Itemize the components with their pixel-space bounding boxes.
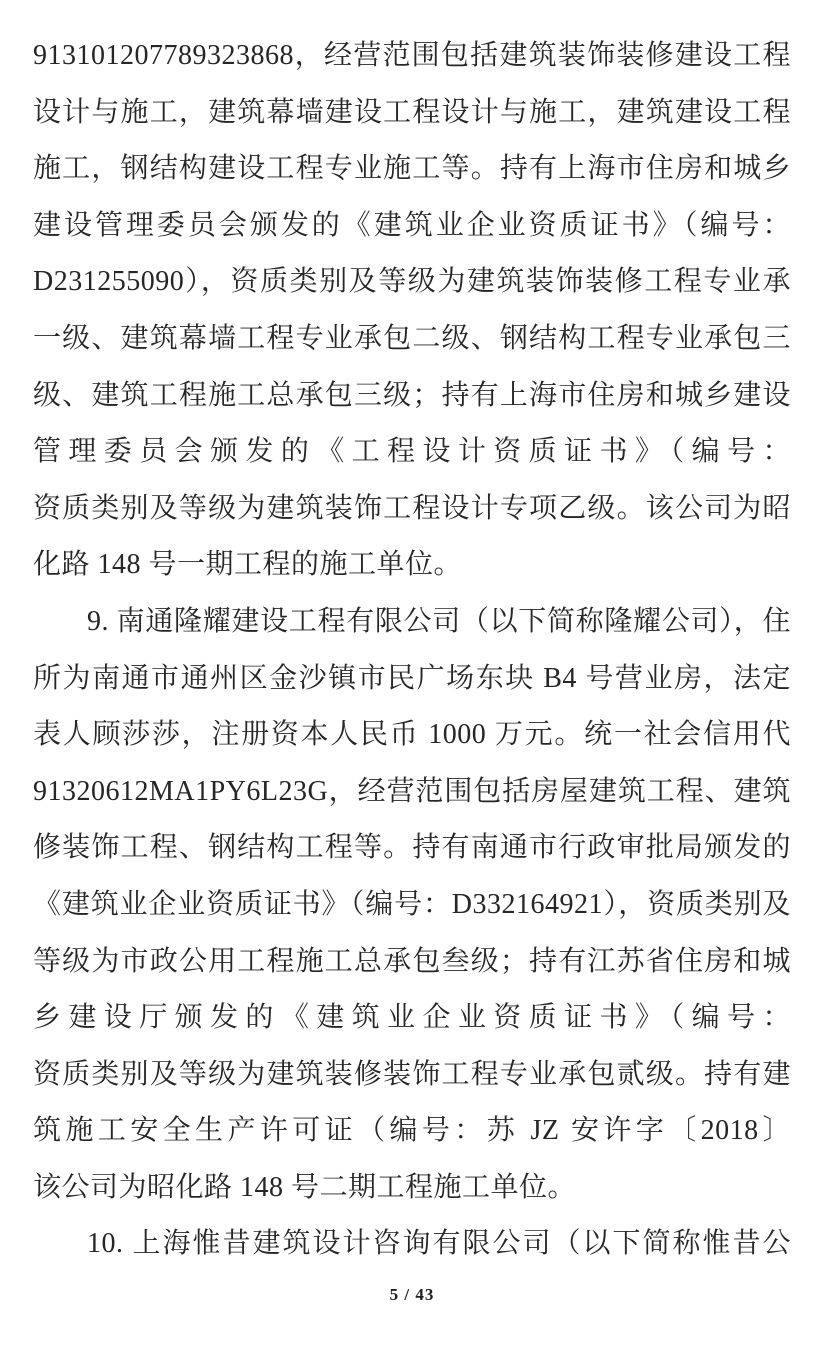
text-line: 等级为市政公用工程施工总承包叁级；持有江苏省住房和城 bbox=[33, 934, 791, 991]
text-line paragraph-start-item-9: 9. 南通隆耀建设工程有限公司（以下简称隆耀公司），住 bbox=[33, 594, 791, 651]
text-line: 《建筑业企业资质证书》（编号：D332164921），资质类别及 bbox=[33, 877, 791, 934]
page-number: 5 / 43 bbox=[33, 1285, 791, 1305]
text-line: 91320612MA1PY6L23G，经营范围包括房屋建筑工程、建筑装 bbox=[33, 764, 791, 821]
text-line: 一级、建筑幕墙工程专业承包二级、钢结构工程专业承包三 bbox=[33, 311, 791, 368]
text-line: 修装饰工程、钢结构工程等。持有南通市行政审批局颁发的 bbox=[33, 820, 791, 877]
text-line: 乡建设厅颁发的《建筑业企业资质证书》（编号：D232031119）， bbox=[33, 990, 791, 1047]
text-line: 建设管理委员会颁发的《建筑业企业资质证书》（编号： bbox=[33, 198, 791, 255]
text-line: 所为南通市通州区金沙镇市民广场东块 B4 号营业房，法定代 bbox=[33, 651, 791, 708]
text-line: D231255090），资质类别及等级为建筑装饰装修工程专业承包 bbox=[33, 254, 791, 311]
text-line: 设计与施工，建筑幕墙建设工程设计与施工，建筑建设工程 bbox=[33, 85, 791, 142]
text-line paragraph-end: 该公司为昭化路 148 号二期工程施工单位。 bbox=[33, 1160, 791, 1217]
text-line: 资质类别及等级为建筑装饰工程设计专项乙级。该公司为昭 bbox=[33, 481, 791, 538]
document-page: 913101207789323868，经营范围包括建筑装饰装修建设工程 设计与施… bbox=[0, 0, 818, 1347]
text-line: 施工，钢结构建设工程专业施工等。持有上海市住房和城乡 bbox=[33, 141, 791, 198]
text-line: 资质类别及等级为建筑装修装饰工程专业承包贰级。持有建 bbox=[33, 1047, 791, 1104]
text-line: 表人顾莎莎，注册资本人民币 1000 万元。统一社会信用代码： bbox=[33, 707, 791, 764]
text-line: 913101207789323868，经营范围包括建筑装饰装修建设工程 bbox=[33, 28, 791, 85]
text-line: 管理委员会颁发的《工程设计资质证书》（编号：231020230）， bbox=[33, 424, 791, 481]
text-line: 级、建筑工程施工总承包三级；持有上海市住房和城乡建设 bbox=[33, 368, 791, 425]
text-line paragraph-end: 化路 148 号一期工程的施工单位。 bbox=[33, 537, 791, 594]
document-text-block: 913101207789323868，经营范围包括建筑装饰装修建设工程 设计与施… bbox=[33, 28, 791, 1273]
text-line paragraph-start-item-10: 10. 上海惟昔建筑设计咨询有限公司（以下简称惟昔公 bbox=[33, 1216, 791, 1273]
text-line: 筑施工安全生产许可证（编号：苏 JZ 安许字〔2018〕000023）。 bbox=[33, 1103, 791, 1160]
